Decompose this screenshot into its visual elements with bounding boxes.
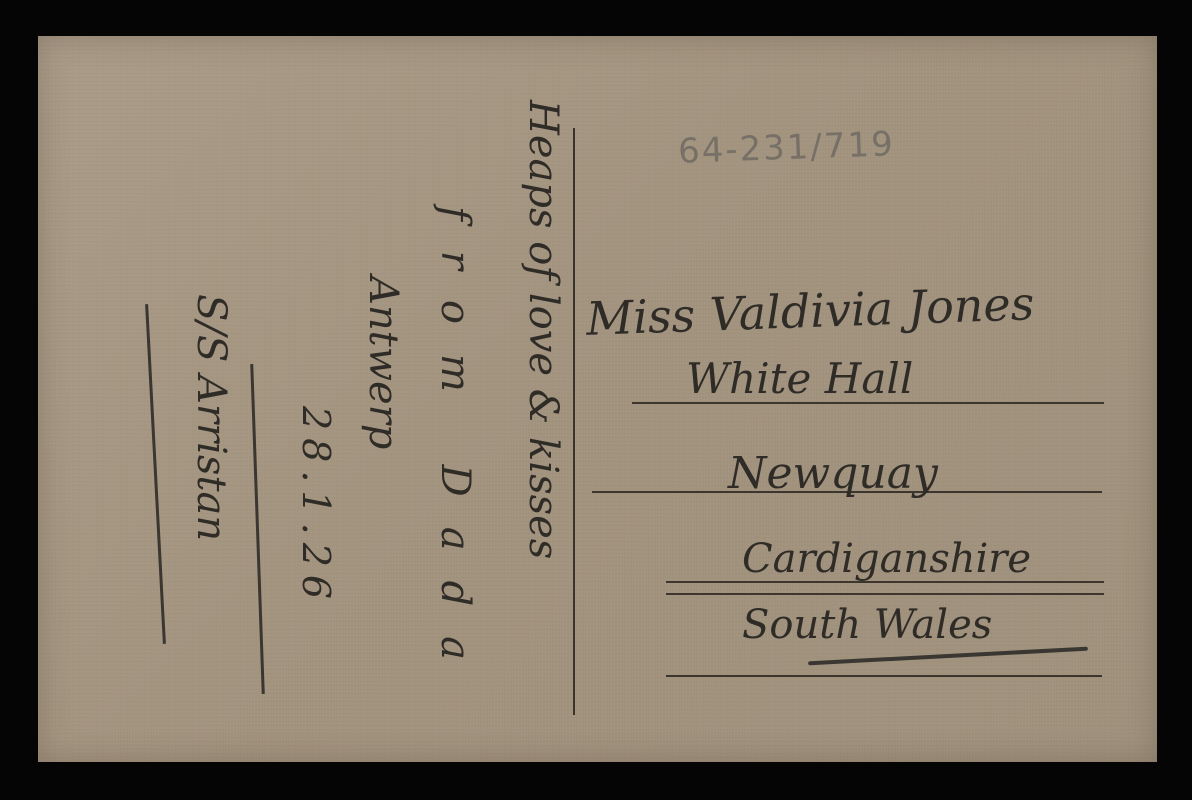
address-town: Newquay — [728, 448, 938, 499]
message-line-4: 28.1.26 — [294, 406, 338, 607]
address-name: Miss Valdivia Jones — [585, 276, 1035, 346]
address-house: White Hall — [686, 354, 913, 403]
address-rule-4 — [666, 593, 1104, 595]
message-underline-date — [250, 364, 265, 694]
message-line-1: Heaps of love & kisses — [520, 100, 566, 559]
reference-number: 64-231/719 — [677, 124, 895, 172]
address-country: South Wales — [742, 602, 992, 648]
message-line-2: from Dada — [432, 206, 478, 690]
message-line-3: Antwerp — [360, 276, 406, 449]
message-underline-ship — [145, 304, 166, 644]
postcard-back: 64-231/719 Miss Valdivia Jones White Hal… — [38, 36, 1157, 762]
address-county: Cardiganshire — [742, 536, 1031, 582]
address-rule-5 — [666, 675, 1102, 677]
message-line-5: S/S Arristan — [188, 294, 234, 541]
address-flourish — [808, 647, 1088, 666]
center-divider-line — [573, 128, 575, 715]
